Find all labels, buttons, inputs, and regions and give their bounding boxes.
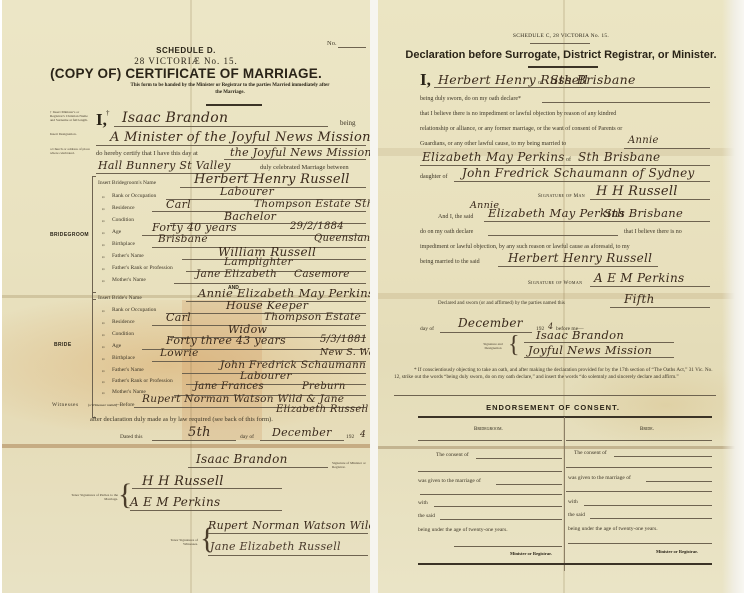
- divider: [394, 395, 716, 396]
- man-signature-line: [590, 199, 710, 200]
- bride-residence-value[interactable]: Carl: [166, 311, 191, 324]
- sworn-day-of: day of: [420, 326, 434, 332]
- year-prefix: 192: [346, 434, 354, 440]
- dated-day-value[interactable]: 5th: [188, 425, 211, 440]
- witnesses-hint: (a Witnesses' names): [88, 403, 117, 407]
- sworn-designation-value[interactable]: Joyful News Mission: [528, 343, 652, 357]
- column-heading: Bridegroom.: [474, 426, 503, 432]
- minister-signature-label: Signature of Minister or Registrar.: [332, 461, 368, 469]
- divider: [528, 66, 598, 68]
- body-text-1: that I believe there is no impediment or…: [420, 111, 616, 117]
- bride-name-value[interactable]: Annie Elizabeth May Perkins: [198, 286, 370, 300]
- with-field[interactable]: [584, 505, 712, 506]
- dagger-mark: †: [106, 109, 110, 117]
- ditto-mark: „: [102, 229, 105, 235]
- sworn-declaration-text: Declared and sworn (or and affirmed) by …: [438, 301, 565, 306]
- consent-of-label: The consent of: [574, 450, 607, 456]
- marriage-certificate-page: No. SCHEDULE D. 28 VICTORIÆ No. 15. (COP…: [2, 0, 370, 593]
- margin-note-designation: Insert Designation.: [50, 132, 92, 136]
- groom-name-value[interactable]: Herbert Henry Russell: [508, 251, 652, 265]
- party-signature-line: [132, 488, 282, 489]
- certificate-subtitle: This form to be handed by the Minister o…: [94, 83, 366, 88]
- designation-label: Signature and Designation: [478, 342, 508, 350]
- field-label: Residence: [112, 319, 135, 325]
- bride-brace: [92, 292, 96, 418]
- field-label: Mother's Name: [112, 389, 146, 395]
- intro-prefix: I,: [420, 70, 431, 90]
- party-signature-line: [130, 510, 282, 511]
- minister-signature-line: [188, 467, 328, 468]
- daughter-line: [454, 181, 710, 182]
- before-label: —Before: [114, 402, 134, 408]
- groom-residence-value[interactable]: Carl: [166, 198, 191, 211]
- bride-name-value[interactable]: Annie: [628, 135, 659, 146]
- under-age-text: being under the age of twenty-one years.: [568, 526, 658, 532]
- of-label: of: [538, 80, 543, 86]
- field-label: Father's Rank or Profession: [112, 378, 173, 384]
- bride-residence-value[interactable]: Sth Brisbane: [578, 150, 660, 164]
- bride-of-label: of: [566, 157, 571, 163]
- column-divider: [564, 417, 565, 571]
- witness-signature-line: [208, 533, 368, 534]
- blank-line[interactable]: [566, 467, 712, 468]
- sworn-day-line: [610, 307, 710, 308]
- bride-residence-value-2[interactable]: Thompson Estate: [264, 311, 361, 323]
- signatory-label: Minister or Registrar.: [656, 549, 698, 554]
- divider: [530, 43, 590, 44]
- page-edge: [722, 0, 744, 593]
- ditto-mark: „: [102, 217, 105, 223]
- groom-mother-maiden-value[interactable]: Casemore: [294, 268, 350, 280]
- field-label: Condition: [112, 331, 134, 337]
- given-to-field[interactable]: [496, 484, 562, 485]
- sworn-signature-value[interactable]: Isaac Brandon: [536, 328, 624, 342]
- field-label: Father's Name: [112, 253, 144, 259]
- witnesses-value-2[interactable]: Elizabeth Russell: [276, 404, 369, 415]
- body-text-2: relationship or alliance, or any former …: [420, 126, 622, 132]
- sworn-designation-line: [524, 357, 674, 358]
- consent-of-field[interactable]: [476, 458, 562, 459]
- field-line: [174, 283, 366, 284]
- minister-name-line: [114, 126, 328, 127]
- ditto-mark: „: [102, 331, 105, 337]
- man-name-line: [434, 87, 710, 88]
- sworn-day-value[interactable]: Fifth: [624, 292, 655, 306]
- daughter-value[interactable]: John Fredrick Schaumann of Sydney: [462, 166, 695, 180]
- bride-birthdate-value[interactable]: 5/3/1881: [320, 334, 367, 345]
- witness-signature-1[interactable]: Rupert Norman Watson Wild: [208, 519, 370, 532]
- bride-birthplace-value[interactable]: Lowrie: [160, 347, 199, 359]
- groom-name-line: [498, 266, 658, 267]
- blank-line[interactable]: [418, 471, 562, 472]
- ditto-mark: „: [102, 307, 105, 313]
- man-signature-value[interactable]: H H Russell: [596, 184, 678, 199]
- bride-label: BRIDE: [54, 342, 72, 348]
- divider: [418, 416, 712, 418]
- designation-brace: {: [508, 333, 520, 357]
- given-to-label: was given to the marriage of: [568, 475, 631, 481]
- blank-line: [418, 440, 562, 441]
- field-label: Father's Name: [112, 367, 144, 373]
- registrar-signature-field[interactable]: [568, 543, 712, 544]
- act-reference: 28 VICTORIÆ No. 15.: [2, 56, 370, 66]
- day-of-label: day of: [240, 434, 254, 440]
- ditto-mark: „: [102, 319, 105, 325]
- field-label: Condition: [112, 217, 134, 223]
- sworn-text: being duly sworn, do on my oath declare*: [420, 96, 521, 102]
- blank-line[interactable]: [420, 494, 562, 495]
- bride-mother-maiden-value[interactable]: Preburn: [302, 381, 346, 392]
- under-age-text: being under the age of twenty-one years.: [418, 527, 508, 533]
- woman-body-2: being married to the said: [420, 259, 480, 265]
- woman-signature-label: Signature of Woman: [528, 280, 582, 286]
- declare-text: do on my oath declare: [420, 229, 473, 235]
- with-label: with: [568, 499, 578, 505]
- registrar-signature-field[interactable]: [454, 546, 562, 547]
- field-label: Birthplace: [112, 241, 135, 247]
- witness-signature-2[interactable]: Jane Elizabeth Russell: [210, 540, 341, 553]
- ditto-mark: „: [102, 205, 105, 211]
- bride-name-line: [624, 148, 710, 149]
- fold-crease: [378, 293, 744, 299]
- woman-body-1: impediment or lawful objection, by any s…: [420, 244, 630, 250]
- woman-signature-line: [590, 286, 710, 287]
- bride-name-value-2[interactable]: Elizabeth May Perkins: [422, 150, 565, 164]
- with-field[interactable]: [434, 506, 562, 507]
- groom-mother-value[interactable]: Jane Elizabeth: [196, 268, 277, 280]
- party-signature-2[interactable]: A E M Perkins: [130, 495, 220, 509]
- witness-signatures-label: Tenor Signatures of Witnesses.: [158, 538, 198, 546]
- woman-signature-value[interactable]: A E M Perkins: [594, 271, 684, 285]
- place-value[interactable]: the Joyful News Mission: [230, 146, 370, 159]
- ditto-mark: „: [102, 277, 105, 283]
- day-line: [152, 440, 236, 441]
- groom-birthcolony-value[interactable]: Queensland: [314, 233, 370, 244]
- blank-line[interactable]: [566, 491, 712, 492]
- signatory-label: Minister or Registrar.: [510, 551, 552, 556]
- ditto-mark: „: [102, 265, 105, 271]
- field-label: Residence: [112, 205, 135, 211]
- ditto-mark: „: [102, 389, 105, 395]
- oath-footnote: * If conscientiously objecting to take a…: [394, 367, 716, 382]
- fold-crease: [2, 444, 370, 448]
- given-to-label: was given to the marriage of: [418, 478, 481, 484]
- certificate-subtitle-2: the Marriage.: [94, 90, 366, 95]
- sworn-month-value[interactable]: December: [458, 316, 523, 330]
- consent-of-field[interactable]: [614, 456, 712, 457]
- place-line: [224, 159, 366, 160]
- bridegroom-brace: [92, 176, 96, 300]
- ditto-mark: „: [102, 241, 105, 247]
- fold-crease: [378, 446, 744, 449]
- field-label: Mother's Name: [112, 277, 146, 283]
- groom-father-occupation-value[interactable]: Lamplighter: [224, 256, 293, 268]
- witness-signature-line: [208, 555, 368, 556]
- man-residence-value[interactable]: Sth Brisbane: [550, 72, 636, 87]
- month-line: [260, 440, 344, 441]
- blank-line: [566, 440, 712, 441]
- groom-residence-value-2[interactable]: Thompson Estate Sth: [254, 198, 370, 210]
- field-label: Birthplace: [112, 355, 135, 361]
- margin-note-minister: † Insert Minister's or Registrar's Chris…: [50, 110, 92, 122]
- daughter-label: daughter of: [420, 174, 448, 180]
- field-label: Rank or Occupation: [112, 193, 156, 199]
- dated-label: Dated this: [120, 434, 142, 440]
- divider: [418, 563, 712, 565]
- ditto-mark: „: [102, 378, 105, 384]
- groom-occupation-value[interactable]: Labourer: [220, 185, 274, 198]
- witnesses-label: Witnesses: [52, 402, 79, 408]
- ditto-mark: „: [102, 355, 105, 361]
- margin-note-church: a Church or address of place where celeb…: [50, 147, 92, 155]
- declaration-page: SCHEDULE C, 28 VICTORIA No. 15. Declarat…: [378, 0, 744, 593]
- the-said-label: the said: [568, 512, 585, 518]
- declaration-text: after declaration duly made as by law re…: [90, 416, 273, 423]
- declaration-title: Declaration before Surrogate, District R…: [378, 49, 744, 61]
- woman-residence-value[interactable]: Sth Brisbane: [604, 206, 683, 220]
- ditto-mark: „: [102, 367, 105, 373]
- field-label: Insert Bride's Name: [98, 295, 142, 301]
- sworn-line: [542, 102, 710, 103]
- groom-birthplace-value[interactable]: Brisbane: [158, 233, 208, 245]
- minister-name-value[interactable]: Isaac Brandon: [122, 110, 228, 126]
- schedule-heading: SCHEDULE D.: [2, 46, 370, 55]
- year-suffix[interactable]: 4: [360, 430, 366, 440]
- certificate-title: (COPY OF) CERTIFICATE OF MARRIAGE.: [2, 66, 370, 81]
- column-heading: Bride.: [640, 426, 654, 432]
- certify-text: do hereby certify that I have this day a…: [96, 150, 198, 157]
- place-value-2[interactable]: Hall Bunnery St Valley: [98, 159, 231, 172]
- parties-signatures-label: Tenor Signatures of Parties to the Marri…: [68, 493, 118, 501]
- woman-prefix: And I, the said: [438, 214, 473, 220]
- field-label: Insert Bridegroom's Name: [98, 180, 156, 186]
- the-said-label: the said: [418, 513, 435, 519]
- field-label: Father's Rank or Profession: [112, 265, 173, 271]
- field-label: Age: [112, 343, 121, 349]
- endorsement-title: ENDORSEMENT OF CONSENT.: [378, 403, 728, 412]
- man-signature-label: Signature of Man: [538, 193, 585, 199]
- the-said-field[interactable]: [590, 518, 712, 519]
- being-text: being: [340, 119, 356, 127]
- celebrated-text: duly celebrated Marriage between: [260, 164, 349, 171]
- ditto-mark: „: [102, 253, 105, 259]
- bridegroom-label: BRIDEGROOM: [50, 232, 89, 238]
- divider: [206, 104, 262, 106]
- believe-text: that I believe there is no: [624, 229, 682, 235]
- field-label: Rank or Occupation: [112, 307, 156, 313]
- designation-value[interactable]: A Minister of the Joyful News Mission: [110, 130, 370, 145]
- schedule-heading: SCHEDULE C, 28 VICTORIA No. 15.: [378, 33, 744, 39]
- party-signature-1[interactable]: H H Russell: [142, 474, 224, 489]
- body-text-3: Guardians, or any other lawful cause, to…: [420, 141, 566, 147]
- bride-mother-value[interactable]: Jane Frances: [194, 381, 264, 392]
- bride-age-value[interactable]: Forty three 43 years: [166, 334, 286, 347]
- page-gap: [370, 0, 378, 593]
- groom-birthdate-value[interactable]: 29/2/1884: [290, 221, 344, 232]
- woman-name-line: [484, 221, 710, 222]
- with-label: with: [418, 500, 428, 506]
- declare-line: [488, 235, 618, 236]
- minister-signature-value[interactable]: Isaac Brandon: [196, 452, 288, 466]
- given-to-field[interactable]: [646, 481, 712, 482]
- field-label: Age: [112, 229, 121, 235]
- bride-birthcolony-value[interactable]: New S. Wales: [320, 347, 370, 358]
- ditto-mark: „: [102, 193, 105, 199]
- dated-month-value[interactable]: December: [272, 426, 332, 439]
- the-said-field[interactable]: [440, 519, 562, 520]
- consent-of-label: The consent of: [436, 452, 469, 458]
- ditto-mark: „: [102, 343, 105, 349]
